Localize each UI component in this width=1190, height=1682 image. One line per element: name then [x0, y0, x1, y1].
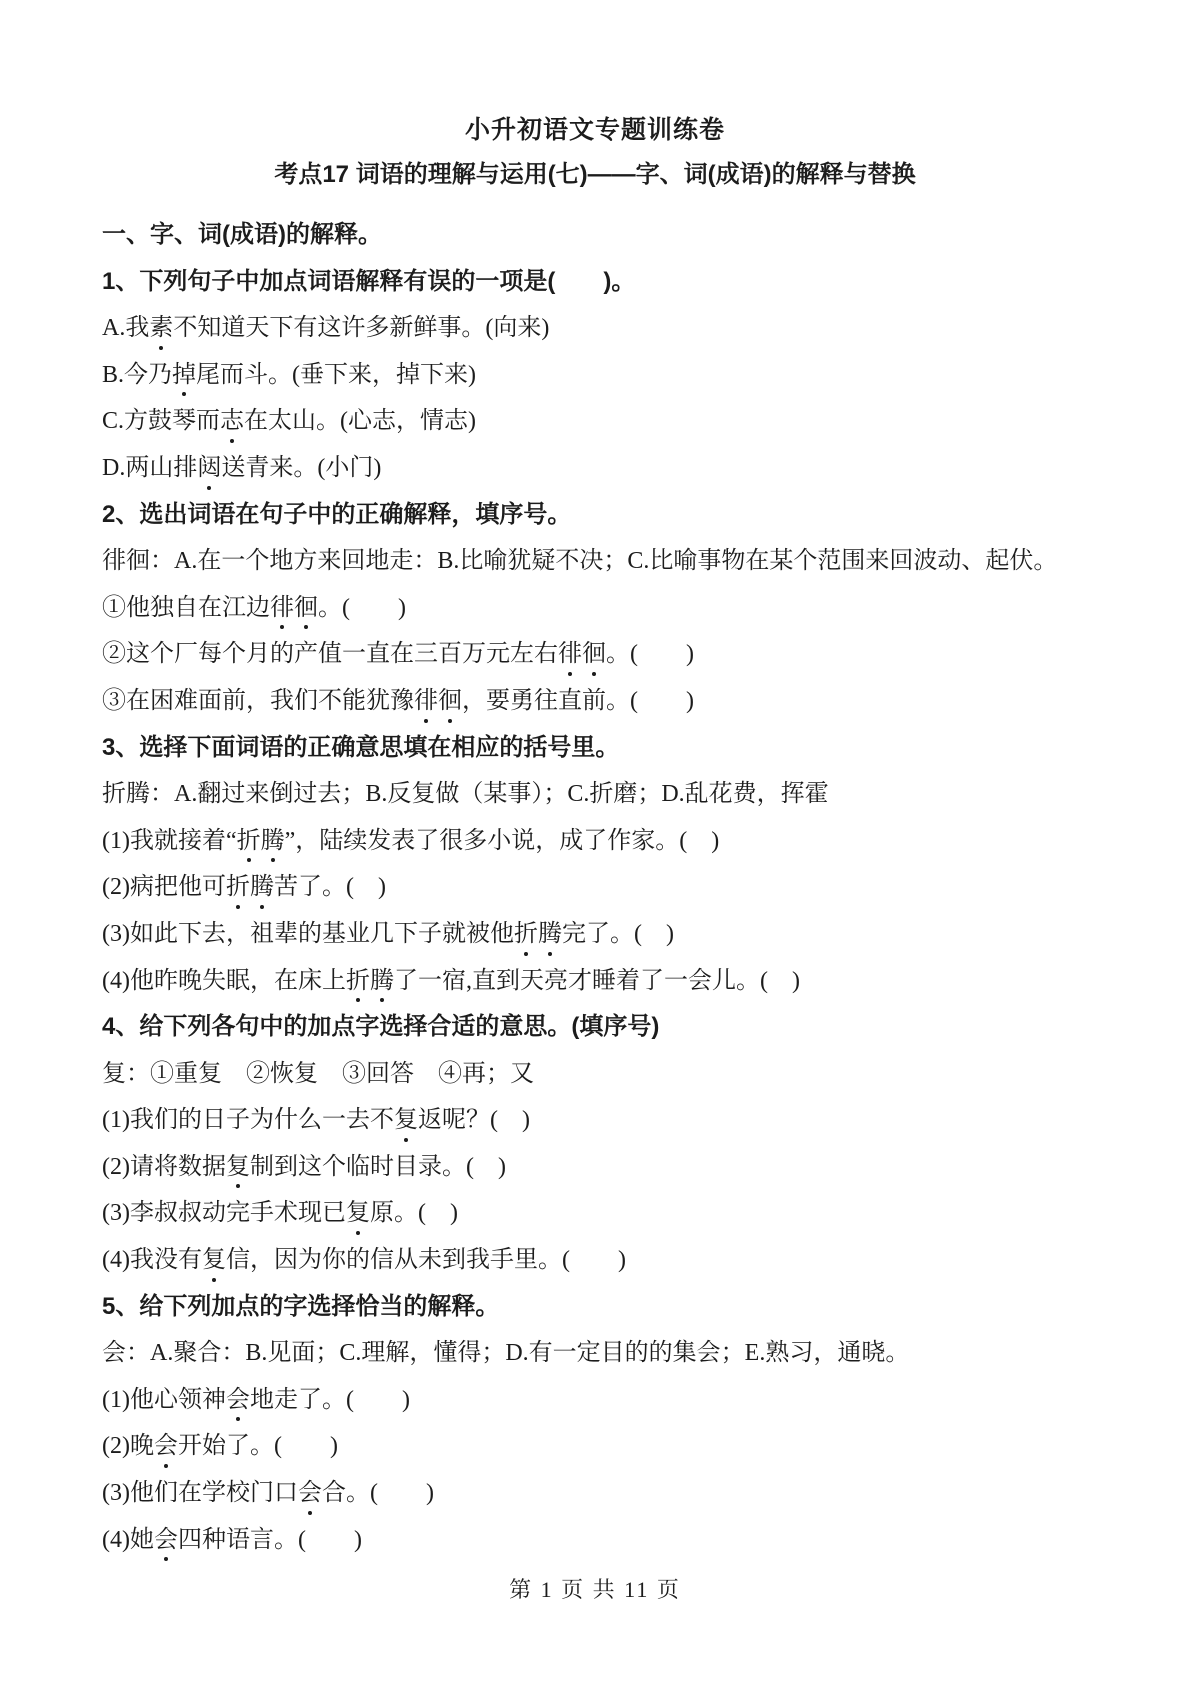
- text-segment: (4)我没有: [102, 1247, 202, 1273]
- text-line: (3)李叔叔动完手术现已复原。( ): [102, 1190, 1095, 1237]
- text-segment: (3)李叔叔动完手术现已: [102, 1200, 346, 1226]
- text-segment: 送青来。(小门): [221, 455, 381, 481]
- text-segment: (4)他昨晚失眠，在床上: [102, 968, 346, 994]
- emphasized-char: 会: [154, 1423, 178, 1470]
- text-line: (1)我们的日子为什么一去不复返呢？( ): [102, 1097, 1095, 1144]
- emphasized-char: 徘: [414, 678, 438, 725]
- text-segment: D.两山排: [102, 455, 197, 481]
- emphasized-char: 会: [298, 1470, 322, 1517]
- emphasized-char: 复: [346, 1190, 370, 1237]
- text-segment: ①他独自在江边: [102, 595, 270, 621]
- text-line: ③在困难面前，我们不能犹豫徘徊，要勇往直前。( ): [102, 678, 1095, 725]
- text-line: B.今乃掉尾而斗。(垂下来，掉下来): [102, 352, 1095, 399]
- text-segment: (4)她: [102, 1527, 154, 1553]
- text-segment: 4、给下列各句中的加点字选择合适的意思。(填序号): [102, 1013, 659, 1040]
- text-segment: 会：A.聚合：B.见面；C.理解，懂得；D.有一定目的的集会；E.熟习，通晓。: [102, 1340, 909, 1366]
- text-segment: ③在困难面前，我们不能犹豫: [102, 688, 414, 714]
- text-line: C.方鼓琴而志在太山。(心志，情志): [102, 398, 1095, 445]
- emphasized-char: 折: [514, 911, 538, 958]
- emphasized-char: 腾: [370, 958, 394, 1005]
- emphasized-char: 复: [202, 1237, 226, 1284]
- text-line: (3)如此下去，祖辈的基业几下子就被他折腾完了。( ): [102, 911, 1095, 958]
- emphasized-char: 徘: [558, 631, 582, 678]
- text-segment: (2)请将数据: [102, 1154, 226, 1180]
- text-line: (1)我就接着“折腾”，陆续发表了很多小说，成了作家。( ): [102, 818, 1095, 865]
- text-segment: 合。( ): [322, 1480, 434, 1506]
- text-segment: 1、下列句子中加点词语解释有误的一项是( )。: [102, 268, 635, 295]
- emphasized-char: 掉: [172, 352, 196, 399]
- text-segment: 。( ): [318, 595, 406, 621]
- emphasized-char: 志: [220, 398, 244, 445]
- text-segment: 一、字、词(成语)的解释。: [102, 221, 382, 248]
- text-segment: 在太山。(心志，情志): [244, 408, 476, 434]
- text-segment: ”，陆续发表了很多小说，成了作家。( ): [285, 828, 720, 854]
- text-line: 4、给下列各句中的加点字选择合适的意思。(填序号): [102, 1004, 1095, 1051]
- text-segment: 原。( ): [370, 1200, 458, 1226]
- emphasized-char: 会: [226, 1377, 250, 1424]
- text-segment: 徘徊：A.在一个地方来回地走：B.比喻犹疑不决；C.比喻事物在某个范围来回波动、…: [102, 548, 1057, 574]
- emphasized-char: 徊: [582, 631, 606, 678]
- text-line: (4)他昨晚失眠，在床上折腾了一宿,直到天亮才睡着了一会儿。( ): [102, 958, 1095, 1005]
- text-segment: 了一宿,直到天亮才睡着了一会儿。( ): [394, 968, 800, 994]
- emphasized-char: 折: [237, 818, 261, 865]
- text-segment: 地走了。( ): [250, 1387, 410, 1413]
- document-header: 小升初语文专题训练卷 考点17 词语的理解与运用(七)——字、词(成语)的解释与…: [0, 116, 1190, 188]
- emphasized-char: 徘: [270, 585, 294, 632]
- text-segment: 2、选出词语在句子中的正确解释，填序号。: [102, 501, 571, 528]
- emphasized-char: 徊: [438, 678, 462, 725]
- text-segment: ②这个厂每个月的产值一直在三百万元左右: [102, 641, 558, 667]
- text-line: 2、选出词语在句子中的正确解释，填序号。: [102, 492, 1095, 539]
- text-segment: (3)如此下去，祖辈的基业几下子就被他: [102, 921, 514, 947]
- text-line: ①他独自在江边徘徊。( ): [102, 585, 1095, 632]
- emphasized-char: 折: [346, 958, 370, 1005]
- text-line: 复：①重复 ②恢复 ③回答 ④再；又: [102, 1051, 1095, 1098]
- text-segment: 四种语言。( ): [178, 1527, 362, 1553]
- text-line: 徘徊：A.在一个地方来回地走：B.比喻犹疑不决；C.比喻事物在某个范围来回波动、…: [102, 538, 1095, 585]
- text-segment: (1)他心领神: [102, 1387, 226, 1413]
- text-segment: 信，因为你的信从未到我手里。( ): [226, 1247, 626, 1273]
- text-segment: (3)他们在学校门口: [102, 1480, 298, 1506]
- text-line: 5、给下列加点的字选择恰当的解释。: [102, 1284, 1095, 1331]
- text-line: 1、下列句子中加点词语解释有误的一项是( )。: [102, 259, 1095, 306]
- text-segment: 制到这个临时目录。( ): [250, 1154, 506, 1180]
- emphasized-char: 腾: [538, 911, 562, 958]
- emphasized-char: 折: [226, 864, 250, 911]
- text-line: ②这个厂每个月的产值一直在三百万元左右徘徊。( ): [102, 631, 1095, 678]
- text-line: (2)请将数据复制到这个临时目录。( ): [102, 1144, 1095, 1191]
- text-segment: (1)我们的日子为什么一去不: [102, 1107, 394, 1133]
- text-segment: 开始了。( ): [178, 1433, 338, 1459]
- text-segment: 3、选择下面词语的正确意思填在相应的括号里。: [102, 734, 619, 761]
- text-segment: 复：①重复 ②恢复 ③回答 ④再；又: [102, 1061, 534, 1087]
- text-line: (3)他们在学校门口会合。( ): [102, 1470, 1095, 1517]
- text-line: 折腾：A.翻过来倒过去；B.反复做（某事）；C.折磨；D.乱花费，挥霍: [102, 771, 1095, 818]
- text-segment: (2)晚: [102, 1433, 154, 1459]
- text-segment: 尾而斗。(垂下来，掉下来): [196, 362, 476, 388]
- text-line: 3、选择下面词语的正确意思填在相应的括号里。: [102, 725, 1095, 772]
- text-segment: (2)病把他可: [102, 874, 226, 900]
- emphasized-char: 复: [394, 1097, 418, 1144]
- emphasized-char: 闼: [197, 445, 221, 492]
- text-segment: A.我: [102, 315, 149, 341]
- text-segment: ，要勇往直前。( ): [462, 688, 694, 714]
- text-segment: 返呢？( ): [418, 1107, 530, 1133]
- text-segment: (1)我就接着“: [102, 828, 237, 854]
- text-line: (1)他心领神会地走了。( ): [102, 1377, 1095, 1424]
- text-segment: 苦了。( ): [274, 874, 386, 900]
- emphasized-char: 复: [226, 1144, 250, 1191]
- document-page: 小升初语文专题训练卷 考点17 词语的理解与运用(七)——字、词(成语)的解释与…: [0, 0, 1190, 1682]
- text-segment: 折腾：A.翻过来倒过去；B.反复做（某事）；C.折磨；D.乱花费，挥霍: [102, 781, 829, 807]
- text-segment: 5、给下列加点的字选择恰当的解释。: [102, 1293, 499, 1320]
- emphasized-char: 腾: [261, 818, 285, 865]
- text-segment: 。( ): [606, 641, 694, 667]
- emphasized-char: 会: [154, 1517, 178, 1564]
- emphasized-char: 素: [149, 305, 173, 352]
- text-line: (2)病把他可折腾苦了。( ): [102, 864, 1095, 911]
- text-line: D.两山排闼送青来。(小门): [102, 445, 1095, 492]
- text-segment: 完了。( ): [562, 921, 674, 947]
- text-line: A.我素不知道天下有这许多新鲜事。(向来): [102, 305, 1095, 352]
- doc-subtitle: 考点17 词语的理解与运用(七)——字、词(成语)的解释与替换: [0, 161, 1190, 188]
- doc-lines: 一、字、词(成语)的解释。1、下列句子中加点词语解释有误的一项是( )。A.我素…: [102, 212, 1095, 1563]
- text-line: 会：A.聚合：B.见面；C.理解，懂得；D.有一定目的的集会；E.熟习，通晓。: [102, 1330, 1095, 1377]
- text-segment: C.方鼓琴而: [102, 408, 220, 434]
- text-line: (2)晚会开始了。( ): [102, 1423, 1095, 1470]
- text-segment: 不知道天下有这许多新鲜事。(向来): [173, 315, 549, 341]
- text-line: (4)她会四种语言。( ): [102, 1517, 1095, 1564]
- doc-title: 小升初语文专题训练卷: [0, 116, 1190, 144]
- emphasized-char: 腾: [250, 864, 274, 911]
- text-line: (4)我没有复信，因为你的信从未到我手里。( ): [102, 1237, 1095, 1284]
- text-segment: B.今乃: [102, 362, 172, 388]
- text-line: 一、字、词(成语)的解释。: [102, 212, 1095, 259]
- emphasized-char: 徊: [294, 585, 318, 632]
- page-footer: 第 1 页 共 11 页: [0, 1576, 1190, 1604]
